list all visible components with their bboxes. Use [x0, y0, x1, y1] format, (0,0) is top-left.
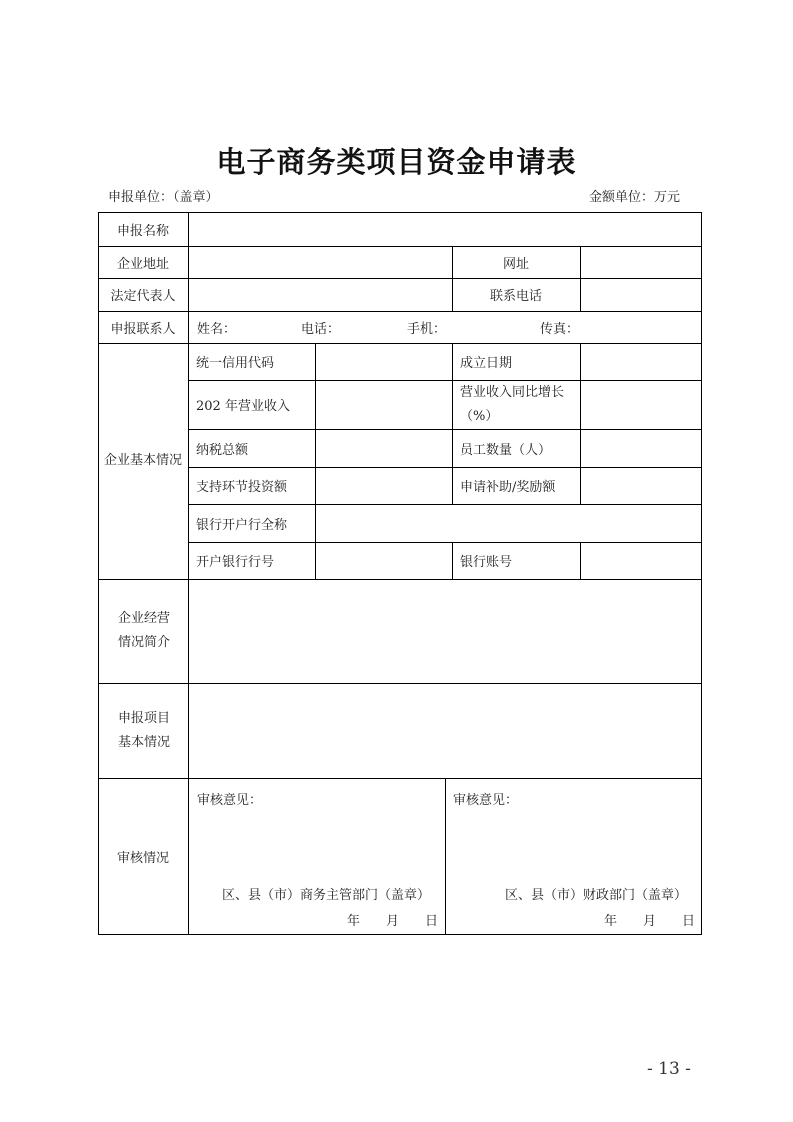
label-tax-total: 纳税总额 — [188, 429, 315, 467]
label-basic-info: 企业基本情况 — [104, 343, 182, 579]
page-number: - 13 - — [647, 1059, 691, 1079]
label-bank-full-name: 银行开户行全称 — [188, 504, 315, 542]
website-field[interactable] — [581, 247, 701, 278]
row-divider — [98, 311, 702, 312]
operations-field[interactable] — [189, 580, 701, 683]
revenue-field[interactable] — [316, 381, 452, 429]
applicant-unit-label: 申报单位：（盖章） — [108, 186, 219, 205]
label-project-basic: 申报项目基本情况 — [112, 683, 176, 778]
label-bank-account: 银行账号 — [452, 542, 580, 579]
label-support-investment: 支持环节投资额 — [188, 467, 315, 504]
label-bank-code: 开户银行行号 — [188, 542, 315, 579]
tax-total-field[interactable] — [316, 430, 452, 467]
established-field[interactable] — [581, 344, 701, 380]
label-operations: 企业经营情况简介 — [112, 579, 176, 683]
label-website: 网址 — [452, 246, 580, 278]
contact-fax-label: 传真： — [540, 311, 579, 343]
label-review: 审核情况 — [98, 778, 188, 934]
label-company-address: 企业地址 — [98, 246, 188, 278]
table-border-right — [701, 212, 702, 935]
bank-code-field[interactable] — [316, 543, 452, 579]
credit-code-field[interactable] — [316, 344, 452, 380]
label-employees: 员工数量（人） — [452, 429, 580, 467]
label-legal-rep: 法定代表人 — [98, 278, 188, 311]
contact-mobile-label: 手机： — [407, 311, 446, 343]
review-left-date: 年 月 日 — [189, 910, 438, 929]
legal-rep-field[interactable] — [189, 279, 452, 311]
label-contact-person: 申报联系人 — [98, 311, 188, 343]
label-credit-code: 统一信用代码 — [188, 343, 315, 380]
label-revenue-growth: 营业收入同比增长（%） — [452, 380, 580, 429]
label-project-name: 申报名称 — [98, 212, 188, 246]
bank-full-name-field[interactable] — [316, 505, 701, 542]
employees-field[interactable] — [581, 430, 701, 467]
review-left-dept: 区、县（市）商务主管部门（盖章） — [189, 884, 430, 903]
label-contact-phone: 联系电话 — [452, 278, 580, 311]
review-right-date: 年 月 日 — [446, 910, 695, 929]
label-subsidy: 申请补助/奖励额 — [452, 467, 580, 504]
revenue-growth-field[interactable] — [581, 381, 701, 429]
label-revenue: 202 年营业收入 — [188, 380, 315, 429]
project-basic-field[interactable] — [189, 684, 701, 778]
review-right-opinion-label: 审核意见： — [453, 789, 518, 808]
page-title: 电子商务类项目资金申请表 — [0, 140, 793, 181]
contact-phone-field[interactable] — [581, 279, 701, 311]
amount-unit-label: 金额单位：万元 — [589, 186, 680, 205]
project-name-field[interactable] — [189, 213, 701, 246]
contact-tel-label: 电话： — [301, 311, 340, 343]
subsidy-field[interactable] — [581, 468, 701, 504]
bank-account-field[interactable] — [581, 543, 701, 579]
label-established: 成立日期 — [452, 343, 580, 380]
review-right-dept: 区、县（市）财政部门（盖章） — [446, 884, 687, 903]
contact-name-label: 姓名： — [197, 311, 236, 343]
review-left-opinion-label: 审核意见： — [197, 789, 262, 808]
company-address-field[interactable] — [189, 247, 452, 278]
row-divider — [98, 778, 702, 779]
support-investment-field[interactable] — [316, 468, 452, 504]
